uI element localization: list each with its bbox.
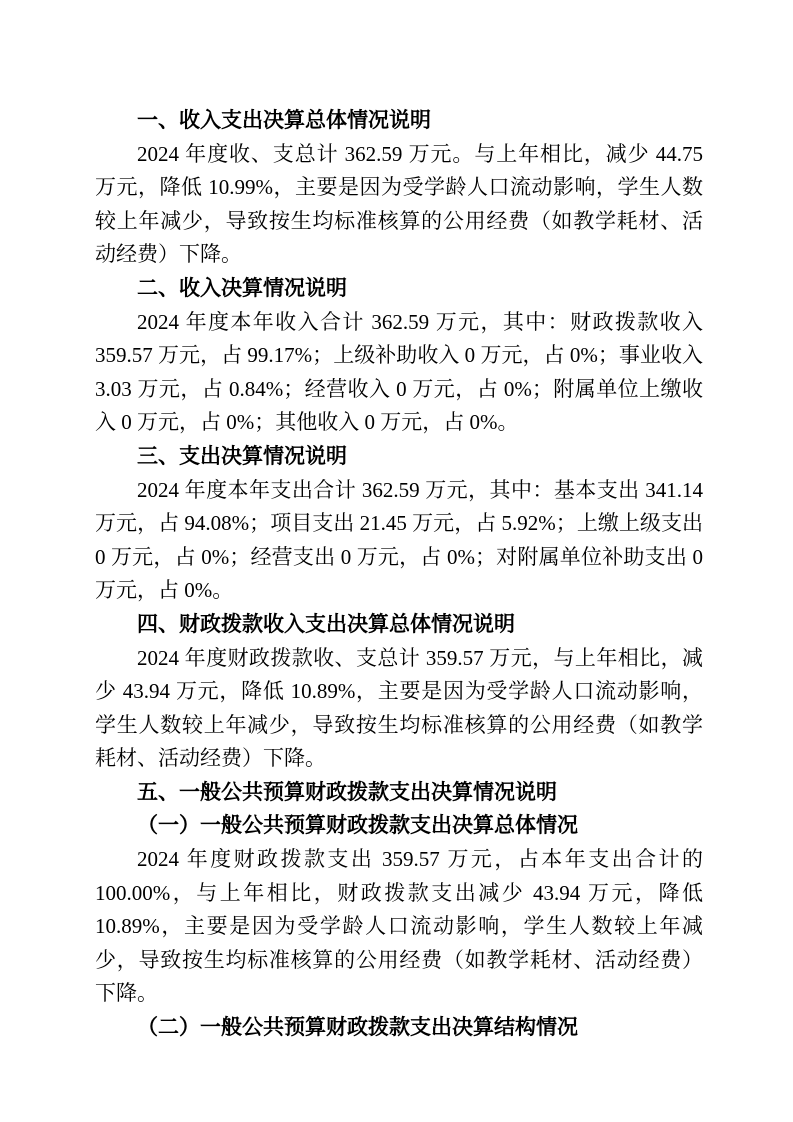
section-3-heading: 三、支出决算情况说明 [95, 440, 703, 474]
section-1-paragraph: 2024 年度收、支总计 362.59 万元。与上年相比，减少 44.75 万元… [95, 138, 703, 272]
section-1-heading: 一、收入支出决算总体情况说明 [95, 104, 703, 138]
section-2-heading: 二、收入决算情况说明 [95, 272, 703, 306]
section-4-heading: 四、财政拨款收入支出决算总体情况说明 [95, 608, 703, 642]
section-5-sub-2-heading: （二）一般公共预算财政拨款支出决算结构情况 [95, 1011, 703, 1045]
section-5-heading: 五、一般公共预算财政拨款支出决算情况说明 [95, 776, 703, 810]
section-5-sub-1-paragraph: 2024 年度财政拨款支出 359.57 万元，占本年支出合计的 100.00%… [95, 843, 703, 1011]
section-3-paragraph: 2024 年度本年支出合计 362.59 万元，其中：基本支出 341.14 万… [95, 474, 703, 608]
section-2-paragraph: 2024 年度本年收入合计 362.59 万元，其中：财政拨款收入 359.57… [95, 306, 703, 440]
section-5-sub-1-heading: （一）一般公共预算财政拨款支出决算总体情况 [95, 809, 703, 843]
section-4-paragraph: 2024 年度财政拨款收、支总计 359.57 万元，与上年相比，减少 43.9… [95, 642, 703, 776]
document-page: 一、收入支出决算总体情况说明 2024 年度收、支总计 362.59 万元。与上… [0, 0, 793, 1122]
